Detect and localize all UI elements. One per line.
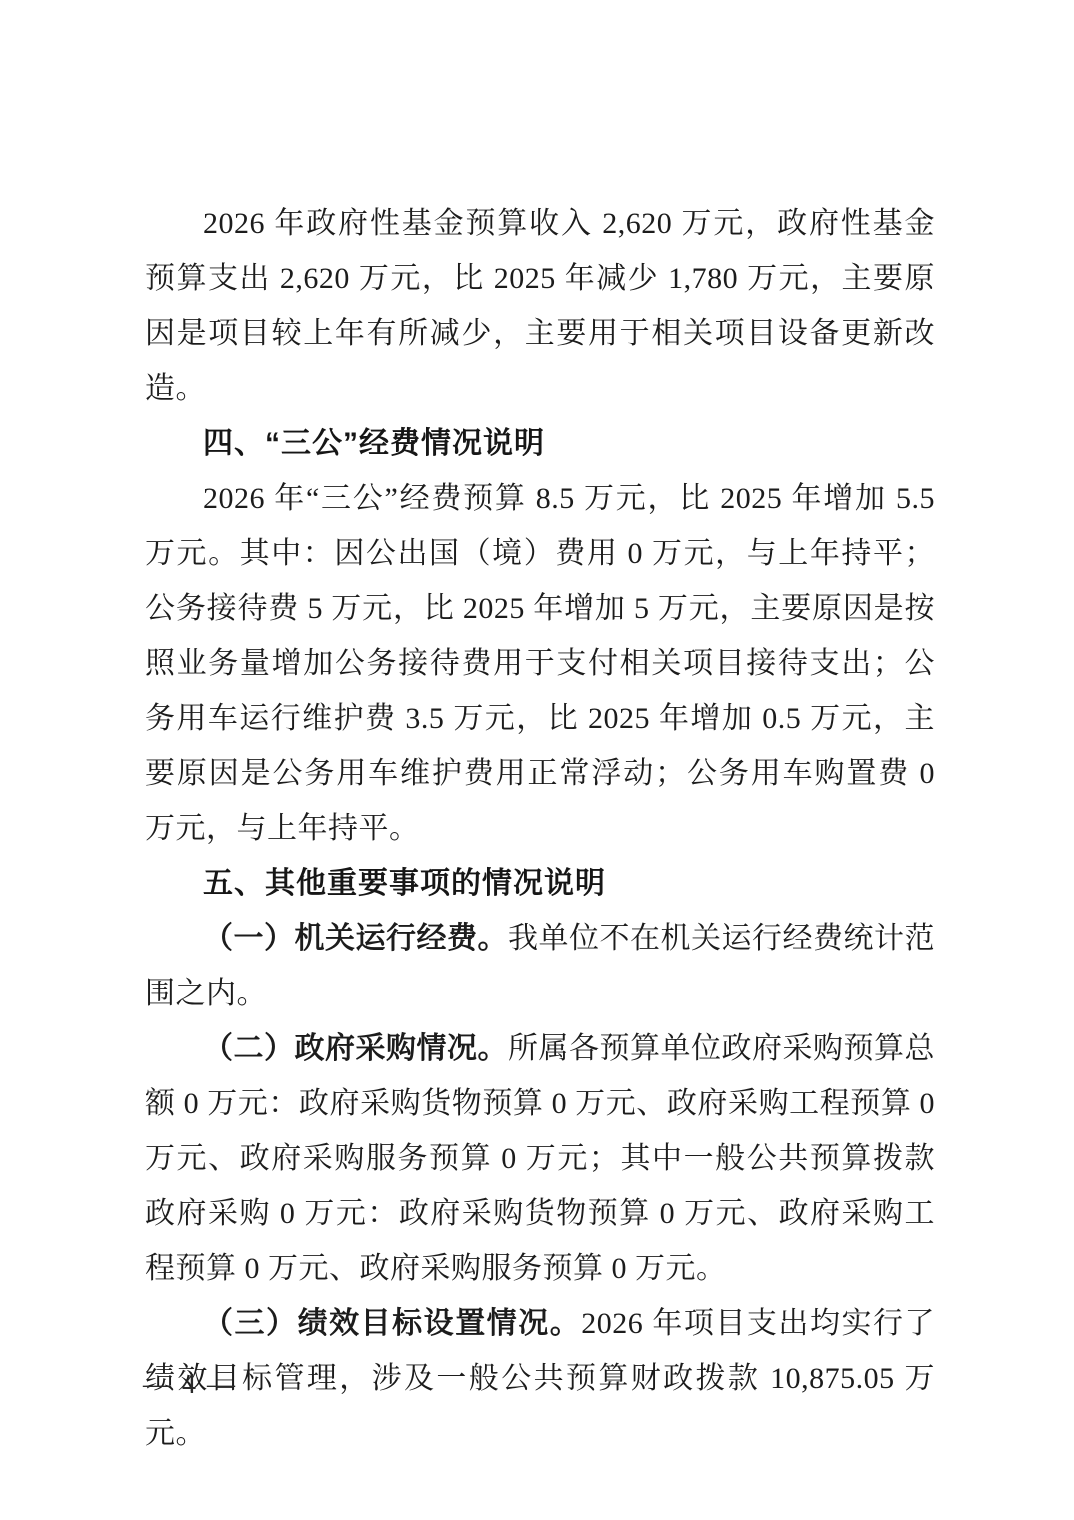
item-three-lead-label: （三）绩效目标设置情况。 — [203, 1307, 581, 1340]
item-one-lead-label: （一）机关运行经费。 — [203, 922, 508, 955]
paragraph-item-one-agency-operating-expense: （一）机关运行经费。我单位不在机关运行经费统计范围之内。 — [145, 911, 935, 1021]
page-number-footer: — 4 — — [143, 1368, 237, 1402]
item-two-body-text: 所属各预算单位政府采购预算总额 0 万元：政府采购货物预算 0 万元、政府采购工… — [145, 1032, 935, 1285]
page-number: — 4 — — [143, 1369, 237, 1400]
paragraph-government-fund-budget: 2026 年政府性基金预算收入 2,620 万元，政府性基金预算支出 2,620… — [145, 196, 935, 416]
heading-section-four-three-public-expenses: 四、“三公”经费情况说明 — [145, 416, 935, 471]
heading-section-five-other-important-items: 五、其他重要事项的情况说明 — [145, 856, 935, 911]
document-page: 2026 年政府性基金预算收入 2,620 万元，政府性基金预算支出 2,620… — [0, 0, 1074, 1520]
document-content: 2026 年政府性基金预算收入 2,620 万元，政府性基金预算支出 2,620… — [145, 196, 935, 1461]
paragraph-item-two-government-procurement: （二）政府采购情况。所属各预算单位政府采购预算总额 0 万元：政府采购货物预算 … — [145, 1021, 935, 1296]
paragraph-three-public-expenses-detail: 2026 年“三公”经费预算 8.5 万元，比 2025 年增加 5.5 万元。… — [145, 471, 935, 856]
item-two-lead-label: （二）政府采购情况。 — [203, 1032, 508, 1065]
paragraph-item-three-performance-targets: （三）绩效目标设置情况。2026 年项目支出均实行了绩效目标管理，涉及一般公共预… — [145, 1296, 935, 1461]
